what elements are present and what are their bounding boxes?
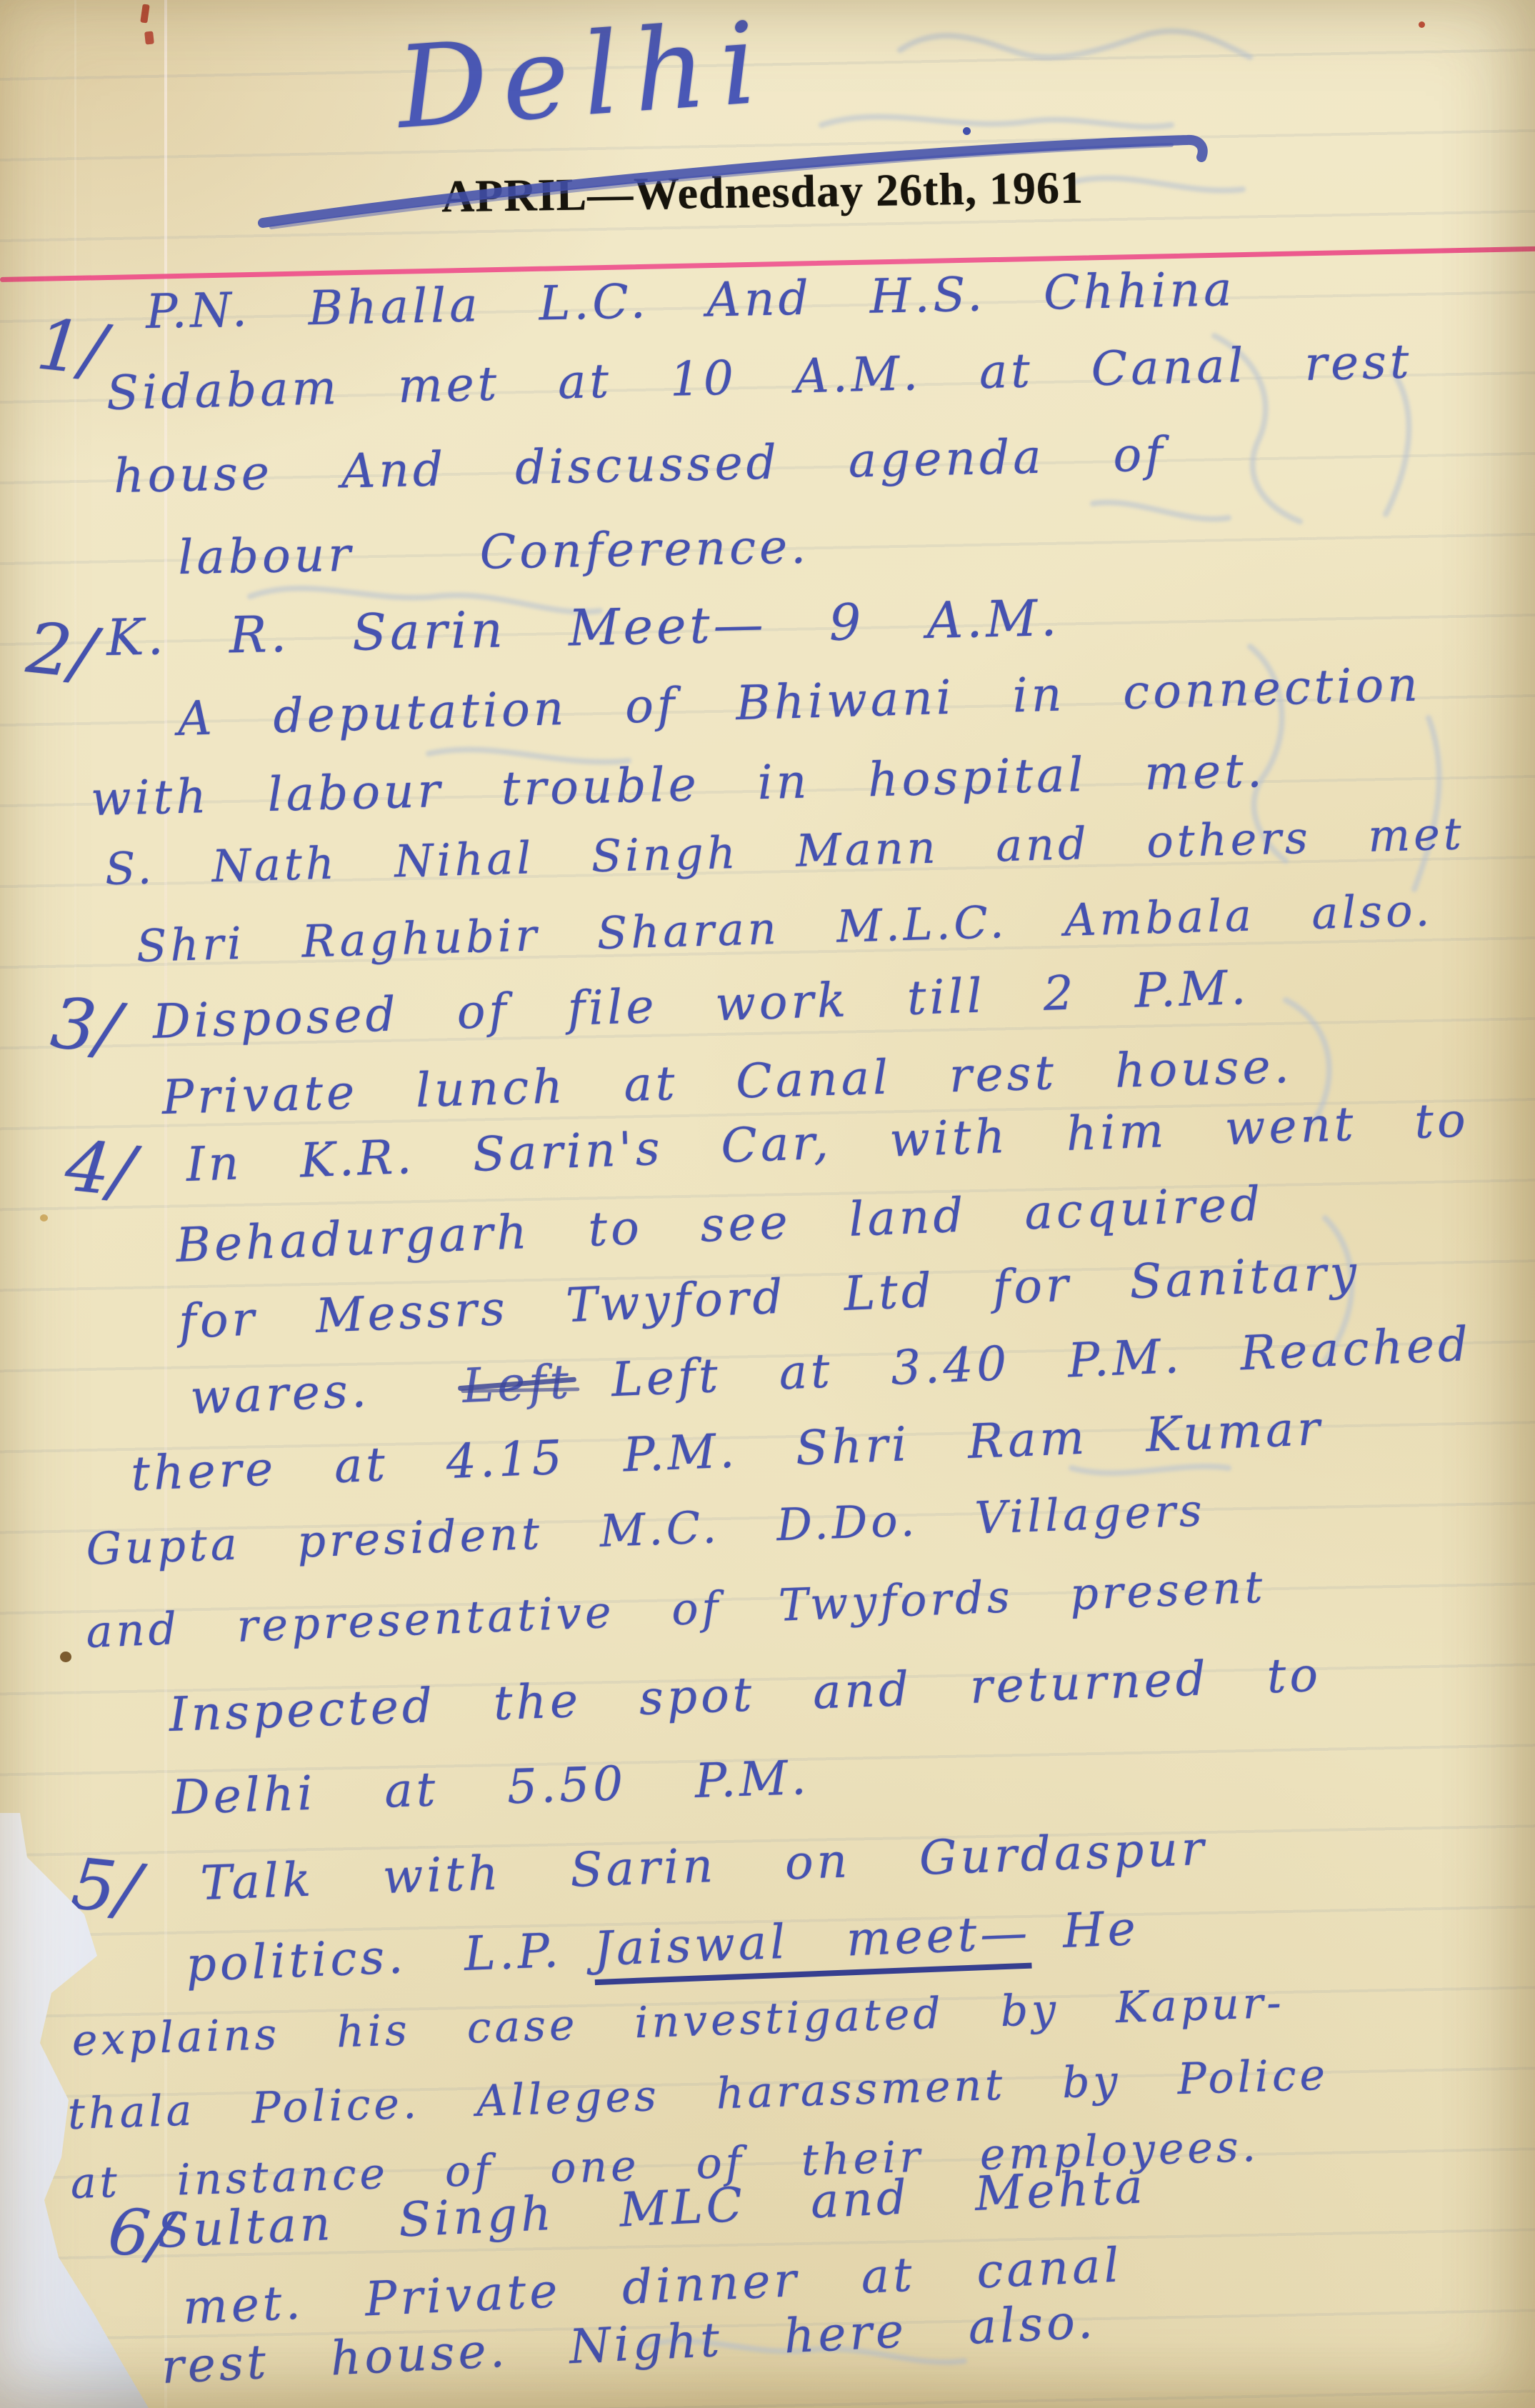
entry-number: 1/ xyxy=(33,304,109,391)
red-edge-mark xyxy=(144,31,154,44)
printed-date-heading: APRIL—Wednesday 26th, 1961 xyxy=(441,161,1084,224)
diary-line: labour Conference. xyxy=(178,519,810,585)
brown-speck xyxy=(60,1652,71,1662)
entry-number: 3/ xyxy=(47,982,124,1070)
stain-speck xyxy=(40,1214,48,1222)
line-text: He xyxy=(1062,1901,1141,1959)
diary-page: APRIL—Wednesday 26th, 1961 Delhi 1/ 2/ 3… xyxy=(0,0,1535,2408)
red-speck xyxy=(1419,21,1425,28)
entry-number: 2/ xyxy=(23,607,99,695)
entry-number: 4/ xyxy=(61,1125,138,1213)
line-text: wares. xyxy=(189,1363,371,1425)
ink-dot xyxy=(963,127,971,135)
struck-word: Left xyxy=(461,1354,574,1414)
handwritten-location-title: Delhi xyxy=(393,0,775,154)
